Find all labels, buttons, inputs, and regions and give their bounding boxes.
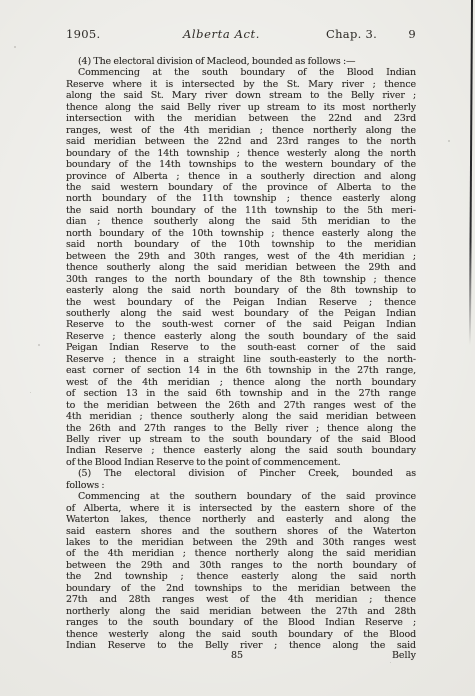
text-line: thence southerly along the said meridian… bbox=[66, 262, 416, 273]
scanned-document-page: 1905. Alberta Act. Chap. 3. 9 (4) The el… bbox=[0, 0, 475, 696]
text-line: (4) The electoral division of Macleod, b… bbox=[66, 56, 416, 67]
text-line: Indian Reserve ; thence easterly along t… bbox=[66, 445, 416, 456]
text-line: between the 29th and 30th ranges, west o… bbox=[66, 251, 416, 262]
section-5-heading: (5) The electoral division of Pincher Cr… bbox=[66, 468, 416, 491]
text-line: northerly along the said meridian betwee… bbox=[66, 606, 416, 617]
text-line: to the meridian between the 26th and 27t… bbox=[66, 400, 416, 411]
text-line: easterly along the said north boundary o… bbox=[66, 285, 416, 296]
text-line: the said north boundary of the 11th town… bbox=[66, 205, 416, 216]
page-footer: 85 Belly bbox=[66, 650, 416, 663]
catchword: Belly bbox=[392, 650, 416, 661]
section-4-body: Commencing at the south boundary of the … bbox=[66, 67, 416, 468]
text-line: boundary of the 14th townships to the we… bbox=[66, 159, 416, 170]
text-line: west of the 4th meridian ; thence along … bbox=[66, 377, 416, 388]
scan-speck bbox=[448, 140, 450, 142]
text-line: said eastern shores and the southern sho… bbox=[66, 526, 416, 537]
scan-speck bbox=[14, 46, 16, 48]
text-line: Belly river up stream to the south bound… bbox=[66, 434, 416, 445]
text-line: said meridian between the 22nd and 23rd … bbox=[66, 136, 416, 147]
scan-speck bbox=[30, 392, 31, 393]
text-line: Waterton lakes, thence northerly and eas… bbox=[66, 514, 416, 525]
text-line: thence along the said Belly river up str… bbox=[66, 102, 416, 113]
text-line: of the Blood Indian Reserve to the point… bbox=[66, 457, 416, 468]
text-line: 30th ranges to the north boundary of the… bbox=[66, 274, 416, 285]
text-line: the 26th and 27th ranges to the Belly ri… bbox=[66, 423, 416, 434]
running-header: 1905. Alberta Act. Chap. 3. 9 bbox=[66, 27, 416, 43]
text-line: Reserve where it is intersected by the S… bbox=[66, 79, 416, 90]
scan-speck bbox=[38, 344, 40, 346]
text-line: said north boundary of the 10th township… bbox=[66, 239, 416, 250]
text-line: 4th meridian ; thence southerly along th… bbox=[66, 411, 416, 422]
text-line: Reserve ; thence in a straight line sout… bbox=[66, 354, 416, 365]
page-number: 9 bbox=[408, 27, 416, 41]
text-line: ranges to the south boundary of the Bloo… bbox=[66, 617, 416, 628]
text-line: the 2nd township ; thence easterly along… bbox=[66, 571, 416, 582]
text-line: of section 13 in the said 6th township a… bbox=[66, 388, 416, 399]
text-line: of Alberta, where it is intersected by t… bbox=[66, 503, 416, 514]
text-line: Commencing at the southern boundary of t… bbox=[66, 491, 416, 502]
text-line: (5) The electoral division of Pincher Cr… bbox=[66, 468, 416, 479]
text-line: southerly along the said west boundary o… bbox=[66, 308, 416, 319]
text-line: lakes to the meridian between the 29th a… bbox=[66, 537, 416, 548]
text-line: Commencing at the south boundary of the … bbox=[66, 67, 416, 78]
text-line: Reserve ; thence easterly along the sout… bbox=[66, 331, 416, 342]
section-4-heading: (4) The electoral division of Macleod, b… bbox=[66, 56, 416, 67]
text-line: along the said St. Mary river down strea… bbox=[66, 90, 416, 101]
section-5-body: Commencing at the southern boundary of t… bbox=[66, 491, 416, 651]
text-line: Reserve to the south-west corner of the … bbox=[66, 319, 416, 330]
text-line: north boundary of the 11th township ; th… bbox=[66, 193, 416, 204]
body-text-block: (4) The electoral division of Macleod, b… bbox=[66, 56, 416, 652]
text-line: Peigan Indian Reserve to the south-east … bbox=[66, 342, 416, 353]
text-line: the said western boundary of the provinc… bbox=[66, 182, 416, 193]
chapter-label: Chap. 3. bbox=[326, 27, 377, 41]
running-title: Alberta Act. bbox=[183, 27, 260, 41]
text-line: 27th and 28th ranges west of the 4th mer… bbox=[66, 594, 416, 605]
text-line: intersection with the meridian between t… bbox=[66, 113, 416, 124]
text-line: of the 4th meridian ; thence northerly a… bbox=[66, 548, 416, 559]
text-line: dian ; thence southerly along the said 5… bbox=[66, 216, 416, 227]
text-line: east corner of section 14 in the 6th tow… bbox=[66, 365, 416, 376]
text-line: follows : bbox=[66, 480, 416, 491]
text-line: ranges, west of the 4th meridian ; thenc… bbox=[66, 125, 416, 136]
text-line: between the 29th and 30th ranges to the … bbox=[66, 560, 416, 571]
text-line: thence westerly along the said south bou… bbox=[66, 629, 416, 640]
text-line: province of Alberta ; thence in a southe… bbox=[66, 171, 416, 182]
text-line: boundary of the 14th township ; thence w… bbox=[66, 148, 416, 159]
scan-gutter-edge bbox=[469, 0, 473, 345]
sheet-signature: 85 bbox=[231, 650, 243, 661]
text-line: north boundary of the 10th township ; th… bbox=[66, 228, 416, 239]
text-line: boundary of the 2nd townships to the mer… bbox=[66, 583, 416, 594]
edition-year: 1905. bbox=[66, 27, 100, 41]
text-line: the west boundary of the Peigan Indian R… bbox=[66, 297, 416, 308]
